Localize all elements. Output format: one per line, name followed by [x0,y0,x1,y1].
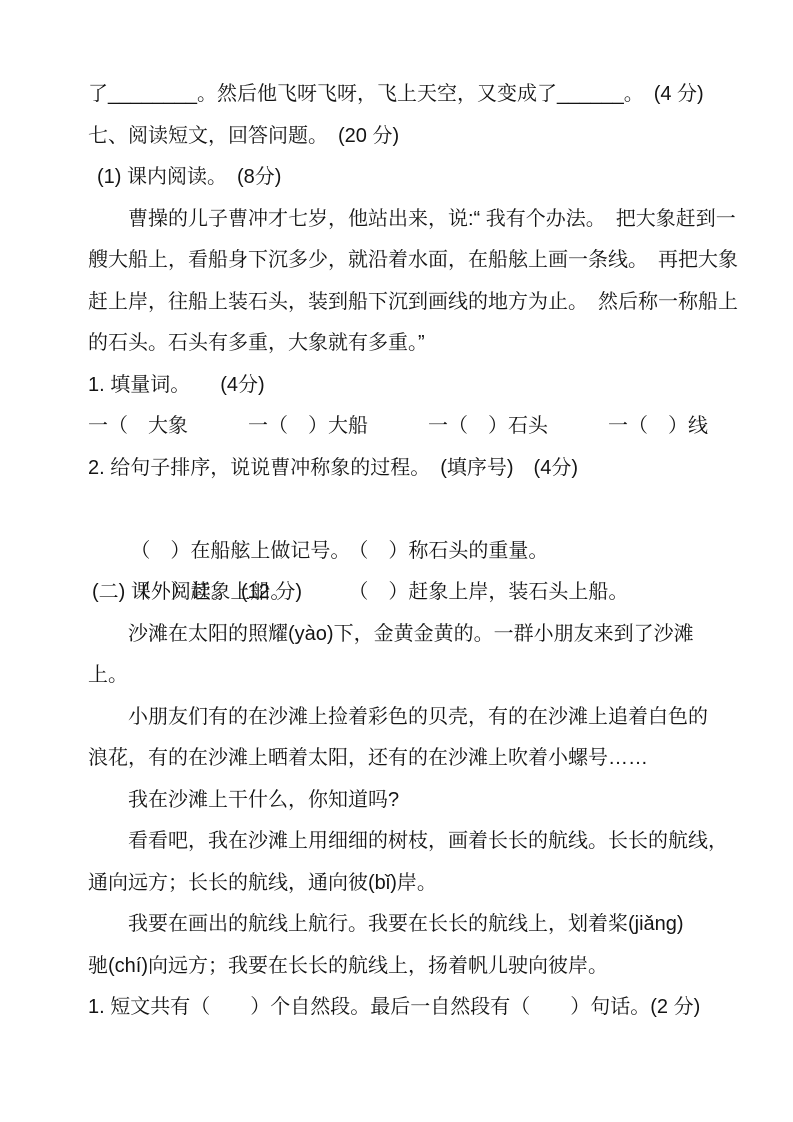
passage-beach-line-5: 我在沙滩上干什么，你知道吗? [88,780,745,822]
q2-option-mark-on-hull: （ ）在船舷上做记号。 [130,531,348,573]
passage-caochong-line-1: 曹操的儿子曹冲才七岁，他站出来，说:“ 我有个办法。 把大象赶到一 [88,199,745,241]
q2-option-drive-elephant-ashore-load-stones: （ ）赶象上岸，装石头上船。 [348,581,628,603]
passage-caochong-line-3: 赶上岸，往船上装石头，装到船下沉到画线的地方为止。 然后称一称船上 [88,282,745,324]
passage-beach-line-3: 小朋友们有的在沙滩上捡着彩色的贝壳，有的在沙滩上追着白色的 [88,697,745,739]
q1-measure-words-heading: 1. 填量词。 (4分) [88,365,745,407]
q2-option-weigh-stones: （ ）称石头的重量。 [348,540,548,562]
q1-measure-words-blanks: 一（ 大象 一（ ）大船 一（ ）石头 一（ ）线 [88,406,745,448]
passage-caochong-line-2: 艘大船上，看船身下沉多少，就沿着水面，在船舷上画一条线。 再把大象 [88,240,745,282]
passage-beach-line-2: 上。 [88,655,745,697]
passage-caochong-line-4: 的石头。石头有多重，大象就有多重。” [88,323,745,365]
q2-ordering-heading: 2. 给句子排序，说说曹冲称象的过程。 (填序号) (4分) [88,448,745,490]
passage-beach-line-9: 驰(chí)向远方；我要在长长的航线上，扬着帆儿驶向彼岸。 [88,946,745,988]
q2-ordering-row-1: （ ）在船舷上做记号。（ ）称石头的重量。 [88,489,745,531]
passage-beach-line-7: 通向远方；长长的航线，通向彼(bǐ)岸。 [88,863,745,905]
passage-beach-line-1: 沙滩在太阳的照耀(yào)下，金黄金黄的。一群小朋友来到了沙滩 [88,614,745,656]
exam-paper-page: 了________。然后他飞呀飞呀，飞上天空，又变成了______。 (4 分)… [0,0,793,1122]
question-six-fill-in-blank-line: 了________。然后他飞呀飞呀，飞上天空，又变成了______。 (4 分) [88,74,745,116]
passage-beach-line-4: 浪花，有的在沙滩上晒着太阳，还有的在沙滩上吹着小螺号…… [88,738,745,780]
document-body: 了________。然后他飞呀飞呀，飞上天空，又变成了______。 (4 分)… [0,0,793,1029]
passage-beach-line-6: 看看吧，我在沙滩上用细细的树枝，画着长长的航线。长长的航线， [88,821,745,863]
section-seven-heading: 七、阅读短文，回答问题。 (20 分) [88,116,745,158]
part-one-heading: (1) 课内阅读。 (8分) [88,157,745,199]
passage-beach-line-8: 我要在画出的航线上航行。我要在长长的航线上，划着桨(jiǎng) [88,904,745,946]
q3-paragraph-count-question: 1. 短文共有（ ）个自然段。最后一自然段有（ ）句话。(2 分) [88,987,745,1029]
